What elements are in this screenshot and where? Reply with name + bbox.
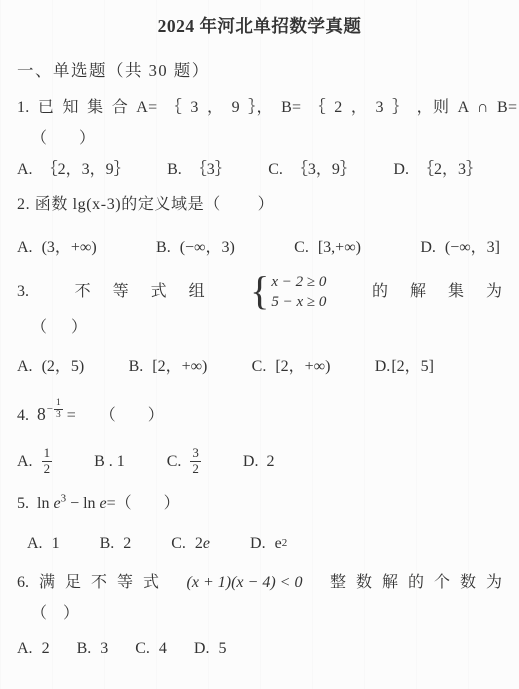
option-fraction: 12 bbox=[42, 446, 53, 477]
question-3-option-d: D.[2，5] bbox=[375, 355, 434, 378]
option-label: A. bbox=[17, 637, 33, 660]
option-value: 3 bbox=[100, 637, 108, 660]
option-label: B. bbox=[100, 532, 115, 555]
option-value: ｛3，9｝ bbox=[292, 158, 356, 181]
option-label: C. bbox=[171, 532, 186, 555]
page-title: 2024 年河北单招数学真题 bbox=[17, 14, 502, 39]
question-6-stem: 6. 满 足 不 等 式 (x + 1)(x − 4) < 0 整 数 解 的 … bbox=[17, 571, 502, 594]
option-value: 2 bbox=[123, 532, 131, 555]
option-label: A. bbox=[17, 158, 33, 181]
option-value: [3,+∞) bbox=[318, 236, 361, 259]
stem-text-pre: 6. 满 足 不 等 式 bbox=[17, 571, 159, 594]
question-2-option-a: A.(3，+∞) bbox=[17, 236, 97, 259]
option-label: C. bbox=[268, 158, 283, 181]
question-4-stem: 4. 8−13 = （ ） bbox=[17, 398, 502, 432]
system-line-2: 5 − x ≥ 0 bbox=[271, 292, 326, 312]
euler-e: e bbox=[53, 495, 60, 512]
question-1-option-a: A.｛2，3，9｝ bbox=[17, 158, 130, 181]
question-3-option-b: B.[2，+∞) bbox=[129, 355, 208, 378]
option-label: C. bbox=[252, 355, 267, 378]
stem-tail: = （ ） bbox=[63, 404, 164, 427]
question-number: 5. bbox=[17, 495, 37, 512]
option-label: B. bbox=[156, 236, 171, 259]
option-value: 2 bbox=[195, 532, 203, 555]
option-label: A. bbox=[17, 355, 33, 378]
question-3-option-c: C.[2，+∞) bbox=[252, 355, 331, 378]
question-2-option-c: C.[3,+∞) bbox=[294, 236, 361, 259]
option-label: A. bbox=[27, 532, 43, 555]
option-label: A. bbox=[17, 236, 33, 259]
stem-text-pre: 不 等 式 组 bbox=[75, 280, 205, 303]
question-5-option-b: B.2 bbox=[100, 532, 132, 555]
question-1-options: A.｛2，3，9｝ B.｛3｝ C.｛3，9｝ D.｛2，3｝ bbox=[17, 158, 502, 181]
exponent-fraction: 13 bbox=[54, 398, 63, 421]
system-lines: x − 2 ≥ 0 5 − x ≥ 0 bbox=[271, 272, 326, 313]
question-5-option-a: A.1 bbox=[27, 532, 60, 555]
question-6-option-d: D.5 bbox=[194, 637, 227, 660]
exponent-sign: − bbox=[47, 402, 53, 418]
question-3-answer-blank: （ ） bbox=[17, 316, 502, 339]
question-1-option-c: C.｛3，9｝ bbox=[268, 158, 356, 181]
option-value: ｛3｝ bbox=[191, 158, 231, 181]
option-label: D. bbox=[250, 532, 266, 555]
option-value: 2 bbox=[42, 637, 50, 660]
option-value: 4 bbox=[159, 637, 167, 660]
section-heading: 一、单选题（共 30 题） bbox=[17, 59, 502, 82]
power-exponent: −13 bbox=[47, 398, 63, 421]
fraction-denominator: 3 bbox=[54, 410, 63, 421]
question-6-option-c: C.4 bbox=[135, 637, 167, 660]
fraction-numerator: 1 bbox=[54, 398, 63, 410]
question-2-option-b: B.(−∞，3) bbox=[156, 236, 235, 259]
question-1-option-d: D.｛2，3｝ bbox=[393, 158, 482, 181]
question-2-options: A.(3，+∞) B.(−∞，3) C.[3,+∞) D.(−∞，3] bbox=[17, 236, 502, 259]
question-5-option-c: C.2e bbox=[171, 532, 210, 555]
option-value: (−∞，3] bbox=[445, 236, 500, 259]
option-value: [2，5] bbox=[391, 355, 434, 378]
option-label: D. bbox=[393, 158, 409, 181]
exam-page: 2024 年河北单招数学真题 一、单选题（共 30 题） 1. 已 知 集 合 … bbox=[0, 0, 519, 689]
question-6-option-b: B.3 bbox=[77, 637, 109, 660]
option-value: ｛2，3｝ bbox=[418, 158, 482, 181]
question-number: 3. bbox=[17, 280, 29, 303]
option-text: D. 2 bbox=[243, 450, 275, 473]
question-4-options: A.12 B . 1 C.32 D. 2 bbox=[17, 444, 502, 478]
option-label: D. bbox=[420, 236, 436, 259]
power-base: 8 bbox=[37, 404, 46, 424]
fraction-denominator: 2 bbox=[42, 462, 53, 477]
euler-e: e bbox=[100, 495, 107, 512]
inequality-expression: (x + 1)(x − 4) < 0 bbox=[187, 571, 303, 594]
option-value: [2，+∞) bbox=[152, 355, 207, 378]
option-value: 1 bbox=[52, 532, 60, 555]
question-5-stem: 5. ln e3 − ln e=（ ） bbox=[17, 492, 502, 515]
fraction-denominator: 2 bbox=[190, 462, 201, 477]
option-fraction: 32 bbox=[190, 446, 201, 477]
option-label: C. bbox=[167, 450, 182, 473]
option-value: (2，5) bbox=[42, 355, 85, 378]
question-2-option-d: D.(−∞，3] bbox=[420, 236, 500, 259]
power-expression: 8−13 bbox=[37, 402, 63, 429]
option-label: C. bbox=[135, 637, 150, 660]
option-text: B . 1 bbox=[94, 450, 125, 473]
option-label: C. bbox=[294, 236, 309, 259]
question-4-option-b: B . 1 bbox=[94, 450, 125, 473]
option-label: B. bbox=[167, 158, 182, 181]
fraction-numerator: 1 bbox=[42, 446, 53, 462]
question-number: 4. bbox=[17, 404, 37, 427]
question-4-option-c: C.32 bbox=[167, 446, 201, 477]
stem-tail: =（ ） bbox=[107, 495, 180, 512]
stem-text-post: 整 数 解 的 个 数 为 bbox=[330, 571, 502, 594]
option-label: D. bbox=[194, 637, 210, 660]
option-label: B. bbox=[77, 637, 92, 660]
euler-e: e bbox=[203, 532, 210, 555]
option-value: 5 bbox=[218, 637, 226, 660]
question-3-options: A.(2，5) B.[2，+∞) C.[2，+∞) D.[2，5] bbox=[17, 355, 502, 378]
question-1-option-b: B.｛3｝ bbox=[167, 158, 231, 181]
system-line-1: x − 2 ≥ 0 bbox=[271, 272, 326, 292]
question-4-option-a: A.12 bbox=[17, 446, 52, 477]
ln-operator: ln bbox=[37, 495, 53, 512]
option-value: ｛2，3，9｝ bbox=[42, 158, 130, 181]
question-2-stem: 2. 函数 lg(x-3)的定义域是（ ） bbox=[17, 193, 502, 216]
question-3-option-a: A.(2，5) bbox=[17, 355, 84, 378]
option-label: D. bbox=[375, 355, 391, 378]
option-label: A. bbox=[17, 450, 33, 473]
question-4-option-d: D. 2 bbox=[243, 450, 275, 473]
option-label: B. bbox=[129, 355, 144, 378]
question-5-option-d: D.e2 bbox=[250, 532, 287, 555]
option-value: e bbox=[275, 532, 282, 555]
fraction-numerator: 3 bbox=[190, 446, 201, 462]
minus-ln: − ln bbox=[66, 495, 99, 512]
left-brace: { bbox=[250, 273, 269, 309]
question-5-options: A.1 B.2 C.2e D.e2 bbox=[17, 532, 502, 555]
option-value: [2，+∞) bbox=[275, 355, 330, 378]
option-value: (3，+∞) bbox=[42, 236, 97, 259]
question-1-stem: 1. 已 知 集 合 A= ｛ 3 ， 9 ｝， B= ｛ 2 ， 3 ｝ ，则… bbox=[17, 96, 502, 119]
question-3-stem: 3. 不 等 式 组 { x − 2 ≥ 0 5 − x ≥ 0 的 解 集 为 bbox=[17, 272, 502, 313]
stem-text-post: 的 解 集 为 bbox=[372, 280, 502, 303]
question-6-options: A.2 B.3 C.4 D.5 bbox=[17, 637, 502, 660]
question-6-answer-blank: （ ） bbox=[17, 602, 502, 625]
option-value: (−∞，3) bbox=[180, 236, 235, 259]
question-6-option-a: A.2 bbox=[17, 637, 50, 660]
inequality-system: { x − 2 ≥ 0 5 − x ≥ 0 bbox=[250, 272, 326, 313]
question-1-answer-blank: （ ） bbox=[17, 127, 502, 150]
